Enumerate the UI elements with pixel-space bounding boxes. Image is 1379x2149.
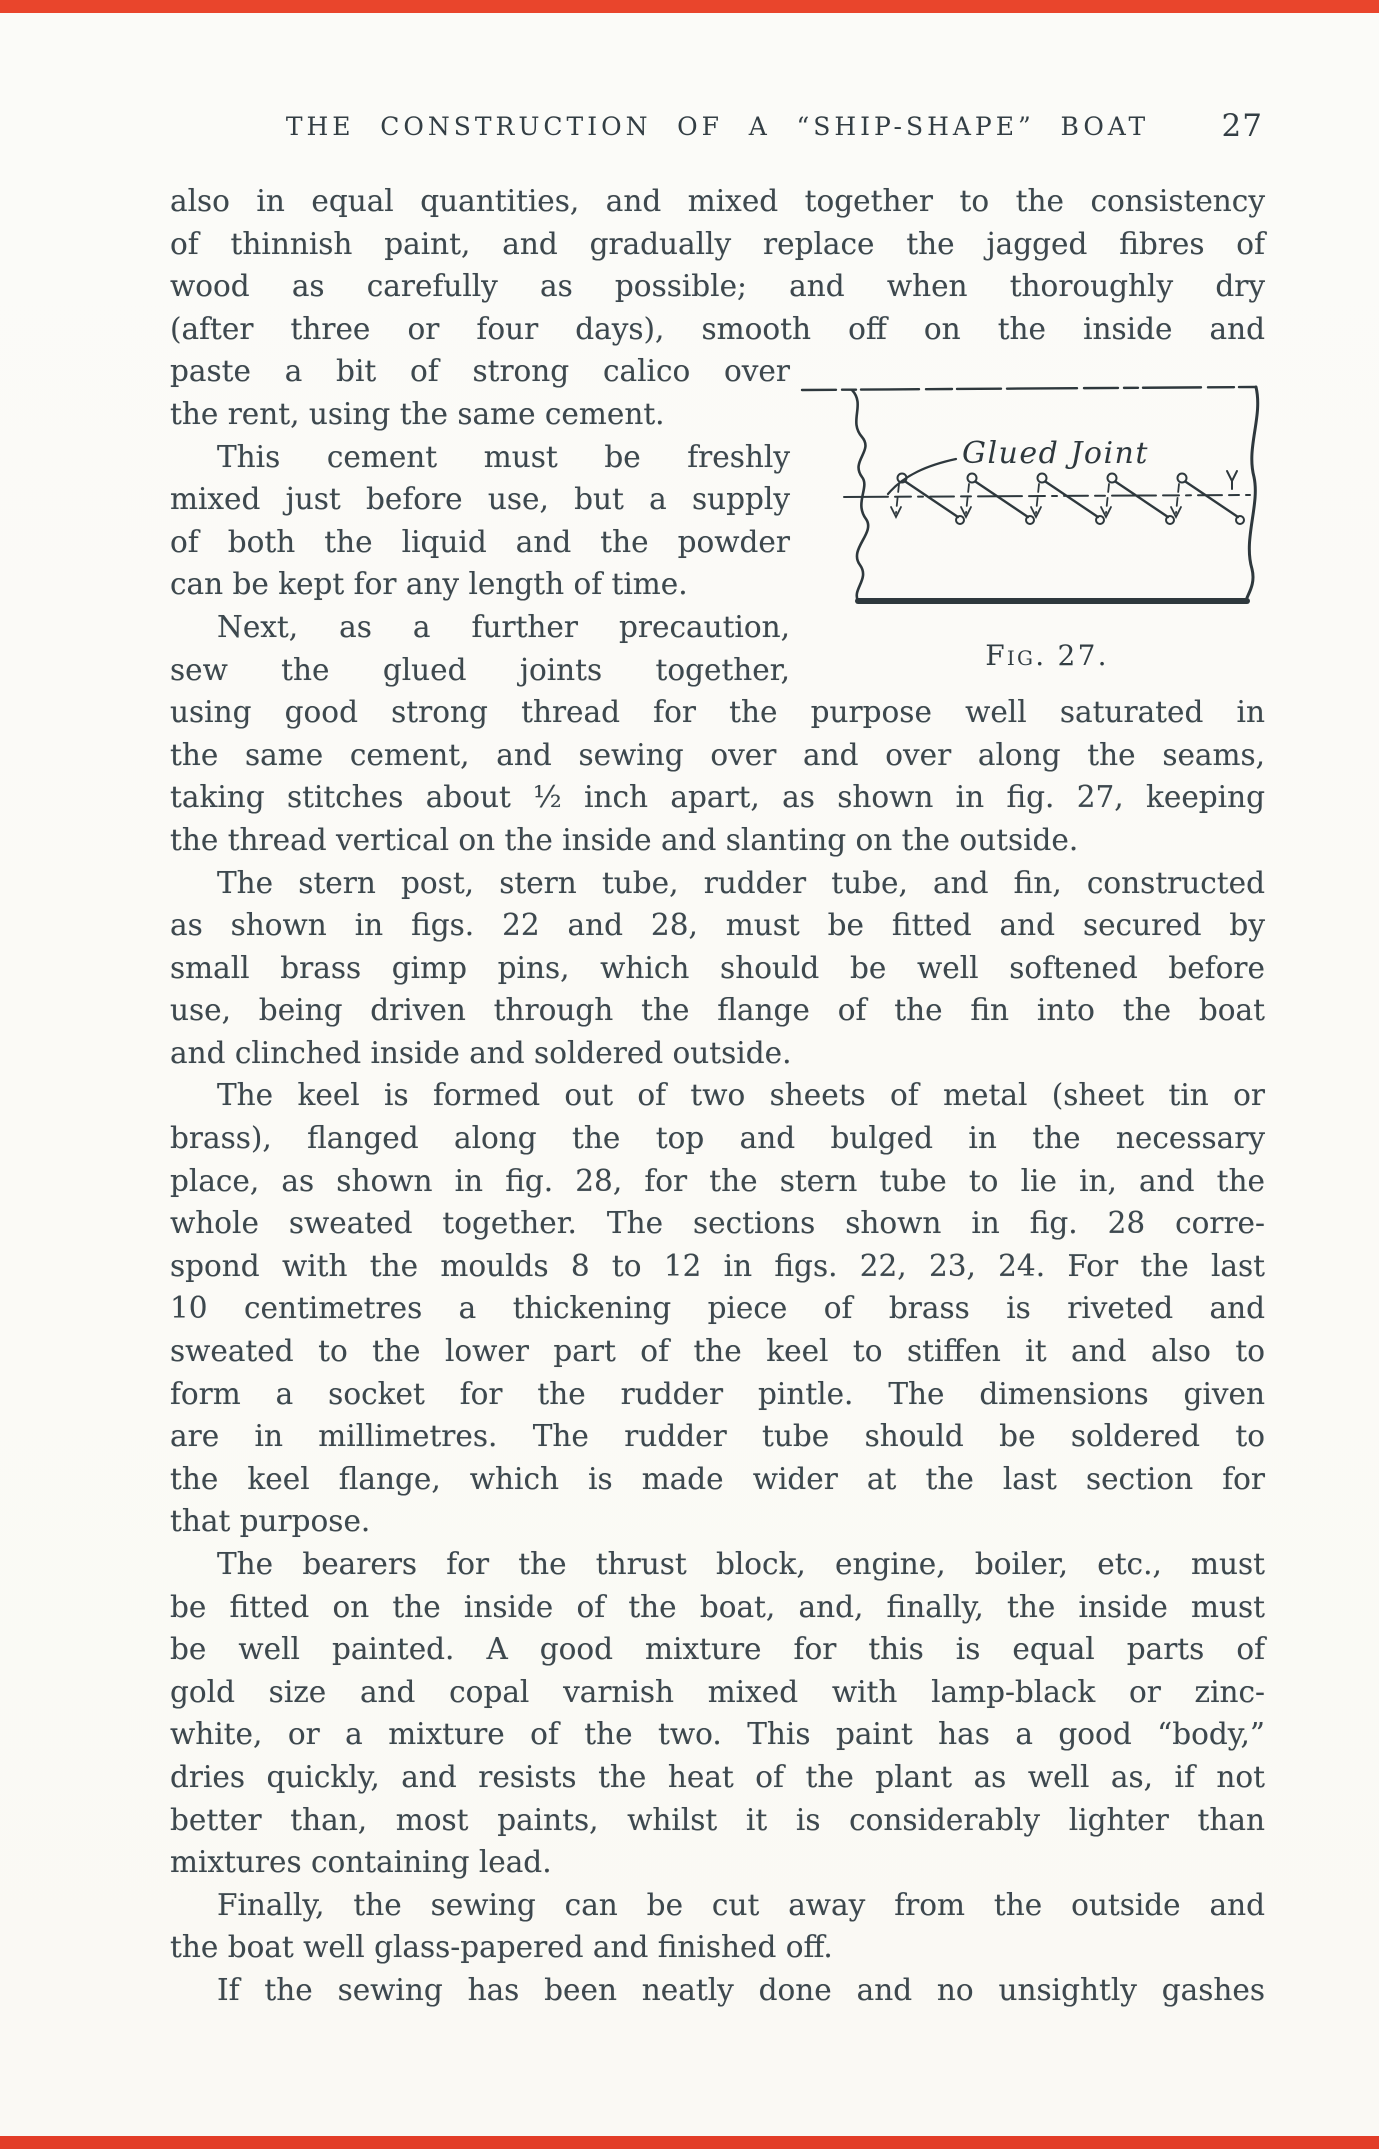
text-line: brass), flanged along the top and bulged… <box>170 1117 1265 1160</box>
text-line: dries quickly, and resists the heat of t… <box>170 1756 1265 1799</box>
text-line: Finally, the sewing can be cut away from… <box>170 1884 1265 1927</box>
text-line: taking stitches about ½ inch apart, as s… <box>170 776 1265 819</box>
figure-label: Glued Joint <box>962 436 1149 471</box>
text-line: spond with the moulds 8 to 12 in figs. 2… <box>170 1245 1265 1288</box>
bottom-edge-strip <box>0 2136 1379 2149</box>
text-line: the same cement, and sewing over and ove… <box>170 734 1265 777</box>
text-line: whole sweated together. The sections sho… <box>170 1202 1265 1245</box>
text-line: the keel flange, which is made wider at … <box>170 1458 1265 1501</box>
text-line: the thread vertical on the inside and sl… <box>170 819 1265 862</box>
text-line: If the sewing has been neatly done and n… <box>170 1969 1265 2012</box>
text-line: 10 centimetres a thickening piece of bra… <box>170 1287 1265 1330</box>
text-line: The stern post, stern tube, rudder tube,… <box>170 862 1265 905</box>
text-line: that purpose. <box>170 1500 1265 1543</box>
stitch-marks <box>891 474 1244 525</box>
text-line: small brass gimp pins, which should be w… <box>170 947 1265 990</box>
text-line: better than, most paints, whilst it is c… <box>170 1799 1265 1842</box>
text-line: wood as carefully as possible; and when … <box>170 265 1265 308</box>
page-header: THE CONSTRUCTION OF A “SHIP-SHAPE” BOAT … <box>170 112 1265 158</box>
thread-arrow <box>1227 471 1237 489</box>
text-line: be fitted on the inside of the boat, and… <box>170 1586 1265 1629</box>
body-text: also in equal quantities, and mixed toge… <box>170 180 1265 2012</box>
text-line: are in millimetres. The rudder tube shou… <box>170 1415 1265 1458</box>
text-upper: also in equal quantities, and mixed toge… <box>170 180 1265 350</box>
text-line: use, being driven through the flange of … <box>170 989 1265 1032</box>
text-line: be well painted. A good mixture for this… <box>170 1628 1265 1671</box>
text-line: place, as shown in fig. 28, for the ster… <box>170 1160 1265 1203</box>
text-line: white, or a mixture of the two. This pai… <box>170 1713 1265 1756</box>
glued-joint-illustration: Glued Joint <box>790 383 1265 635</box>
text-line: using good strong thread for the purpose… <box>170 691 1265 734</box>
glued-seam-line <box>844 495 1250 497</box>
text-line: mixtures containing lead. <box>170 1841 1265 1884</box>
text-line: of thinnish paint, and gradually replace… <box>170 223 1265 266</box>
running-title: THE CONSTRUCTION OF A “SHIP-SHAPE” BOAT <box>170 112 1265 141</box>
book-page: THE CONSTRUCTION OF A “SHIP-SHAPE” BOAT … <box>0 0 1379 2149</box>
text-line: form a socket for the rudder pintle. The… <box>170 1373 1265 1416</box>
text-line: sweated to the lower part of the keel to… <box>170 1330 1265 1373</box>
paper-left-edge <box>852 390 868 601</box>
text-line: gold size and copal varnish mixed with l… <box>170 1671 1265 1714</box>
text-line: also in equal quantities, and mixed toge… <box>170 180 1265 223</box>
figure-caption: Fig. 27. <box>842 635 1252 678</box>
text-line: and clinched inside and soldered outside… <box>170 1032 1265 1075</box>
figure-27: Glued Joint Fig. 27. <box>790 350 1265 679</box>
text-line: (after three or four days), smooth off o… <box>170 308 1265 351</box>
paper-top-edge <box>802 387 1256 390</box>
top-edge-strip <box>0 0 1379 13</box>
text-line: The bearers for the thrust block, engine… <box>170 1543 1265 1586</box>
text-line: The keel is formed out of two sheets of … <box>170 1074 1265 1117</box>
paper-right-edge <box>1246 387 1258 601</box>
page-number: 27 <box>1222 108 1263 144</box>
text-line: as shown in figs. 22 and 28, must be fit… <box>170 904 1265 947</box>
text-line: the boat well glass-papered and finished… <box>170 1926 1265 1969</box>
